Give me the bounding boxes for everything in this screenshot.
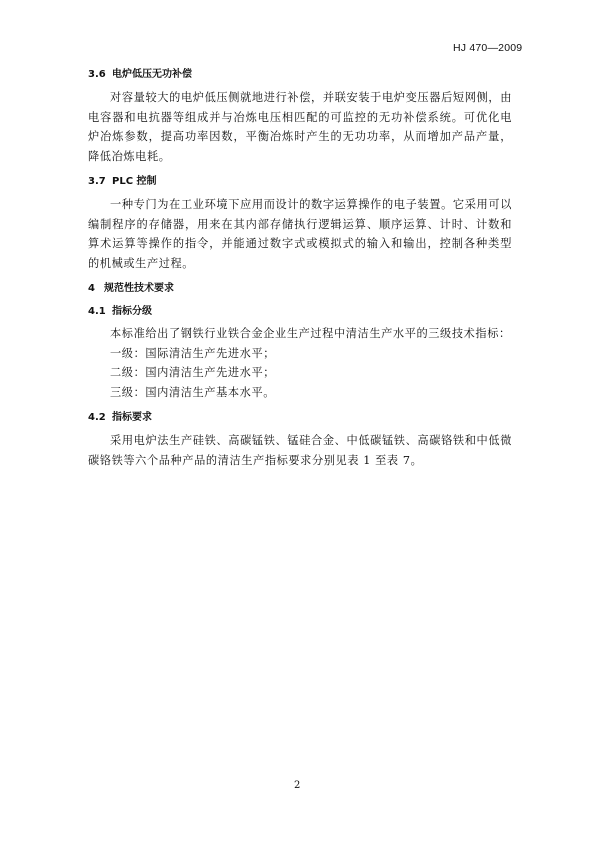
section-heading-4-2: 4.2指标要求 [88,411,512,425]
list-item: 一级：国际清洁生产先进水平； [88,344,512,364]
section-title: 指标分级 [112,306,152,317]
section-number: 4 [88,282,104,296]
section-paragraph: 对容量较大的电炉低压侧就地进行补偿，并联安装于电炉变压器后短网侧，由电容器和电抗… [88,88,512,166]
section-paragraph: 一种专门为在工业环境下应用而设计的数字运算操作的电子装置。它采用可以编制程序的存… [88,195,512,273]
section-paragraph: 本标准给出了钢铁行业铁合金企业生产过程中清洁生产水平的三级技术指标： [88,324,512,344]
section-heading-3-6: 3.6电炉低压无功补偿 [88,68,512,82]
section-title: 电炉低压无功补偿 [112,69,192,80]
section-number: 3.7 [88,175,112,189]
section-number: 4.1 [88,305,112,319]
list-item: 三级：国内清洁生产基本水平。 [88,383,512,403]
page-number: 2 [294,780,300,791]
section-heading-4: 4规范性技术要求 [88,282,512,296]
section-title: PLC 控制 [112,176,157,187]
section-number: 3.6 [88,68,112,82]
section-heading-3-7: 3.7PLC 控制 [88,175,512,189]
section-number: 4.2 [88,411,112,425]
document-code: HJ 470—2009 [453,42,522,54]
section-title: 规范性技术要求 [104,283,174,294]
page-content: 3.6电炉低压无功补偿 对容量较大的电炉低压侧就地进行补偿，并联安装于电炉变压器… [88,68,512,470]
section-paragraph: 采用电炉法生产硅铁、高碳锰铁、锰硅合金、中低碳锰铁、高碳铬铁和中低微碳铬铁等六个… [88,431,512,470]
list-item: 二级：国内清洁生产先进水平； [88,363,512,383]
section-title: 指标要求 [112,412,152,423]
section-heading-4-1: 4.1指标分级 [88,305,512,319]
